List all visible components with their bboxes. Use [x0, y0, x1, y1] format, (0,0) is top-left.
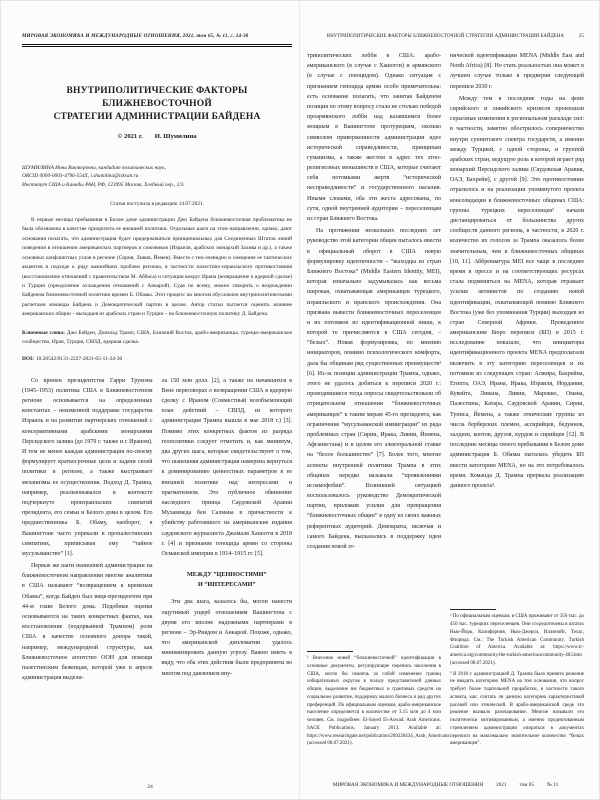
keywords: Ключевые слова:Джо Байден, Дональд Трамп… [22, 329, 292, 348]
paragraph: триполитических лобби в США: арабо-амери… [307, 51, 441, 224]
author-orcid-email: ORCID 0000-0003-4796-554X, i.shumilina@i… [22, 172, 292, 181]
footnote-3: ³ В 2018 г. администрацией Д. Трампа был… [450, 671, 584, 749]
copyright-line: © 2021 г.И. Шумилина [22, 133, 292, 140]
footer-journal-name: МИРОВАЯ ЭКОНОМИКА И МЕЖДУНАРОДНЫЕ ОТНОШЕ… [333, 782, 483, 788]
page-number-24: 24 [1, 784, 299, 790]
header-rule [22, 44, 292, 47]
copyright-author: И. Шумилина [155, 133, 197, 140]
article-title-line2: СТРАТЕГИИ АДМИНИСТРАЦИИ БАЙДЕНА [53, 112, 260, 122]
section-heading-line1: МЕЖДУ “ЦЕННОСТЯМИ” [187, 571, 267, 578]
page-24: МИРОВАЯ ЭКОНОМИКА И МЕЖДУНАРОДНЫЕ ОТНОШЕ… [1, 1, 300, 800]
paragraph: Эти два шага, казалось бы, могли нанести… [162, 597, 293, 679]
paragraph: Между тем в последние годы на фоне сирий… [450, 94, 584, 491]
footnote-1: ¹ Внесение новой “ближневосточной” идент… [307, 655, 441, 748]
page-number-25: 25 [579, 34, 584, 39]
body-columns-p24: Со времен президентства Гарри Трумэна (1… [22, 376, 292, 758]
author-name-degree: ШУМИЛИНА Инна Викторовна, кандидат полит… [22, 164, 292, 173]
body-columns-p25: триполитических лобби в США: арабо-амери… [307, 51, 584, 751]
running-head-article: ВНУТРИПОЛИТИЧЕСКИЕ ФАКТОРЫ БЛИЖНЕВОСТОЧН… [307, 34, 584, 39]
footnote-2: ² По официальным оценкам, в США проживаю… [450, 613, 584, 667]
footer-year: 2021 [496, 782, 506, 788]
column-1: триполитических лобби в США: арабо-амери… [307, 51, 441, 751]
paragraph: На протяжении нескольких последних лет р… [307, 226, 441, 552]
footnotes-col2: ² По официальным оценкам, в США проживаю… [450, 603, 584, 751]
keywords-label: Ключевые слова: [22, 330, 65, 336]
footnote-rule [450, 609, 496, 610]
section-heading-line2: И “ИНТЕРЕСАМИ” [198, 581, 256, 588]
article-title: ВНУТРИПОЛИТИЧЕСКИЕ ФАКТОРЫ БЛИЖНЕВОСТОЧН… [22, 85, 292, 123]
column-2: ла 150 млн долл. [2], а также на начавши… [162, 376, 293, 758]
footnote-rule [307, 651, 353, 652]
doi-label: DOI: [22, 356, 34, 362]
footnotes-col1: ¹ Внесение новой “ближневосточной” идент… [307, 645, 441, 751]
author-block: ШУМИЛИНА Инна Викторовна, кандидат полит… [22, 164, 292, 190]
running-head-journal: МИРОВАЯ ЭКОНОМИКА И МЕЖДУНАРОДНЫЕ ОТНОШЕ… [22, 34, 292, 39]
column-1: Со времен президентства Гарри Трумэна (1… [22, 376, 153, 758]
page-25: ВНУТРИПОЛИТИЧЕСКИЕ ФАКТОРЫ БЛИЖНЕВОСТОЧН… [300, 1, 599, 800]
running-head-text: ВНУТРИПОЛИТИЧЕСКИЕ ФАКТОРЫ БЛИЖНЕВОСТОЧН… [327, 34, 564, 39]
paragraph: нической идентификации MENA (Middle East… [450, 51, 584, 92]
section-heading: МЕЖДУ “ЦЕННОСТЯМИ” И “ИНТЕРЕСАМИ” [162, 570, 293, 589]
doi-value: 10.20542/0131-2227-2021-65-11-24-30 [36, 356, 122, 362]
column-2: нической идентификации MENA (Middle East… [450, 51, 584, 751]
copyright-year: © 2021 г. [117, 133, 142, 140]
article-title-line1: ВНУТРИПОЛИТИЧЕСКИЕ ФАКТОРЫ БЛИЖНЕВОСТОЧН… [66, 86, 247, 109]
doi-line: DOI:10.20542/0131-2227-2021-65-11-24-30 [22, 356, 292, 362]
paragraph: Со времен президентства Гарри Трумэна (1… [22, 376, 153, 559]
paragraph: ла 150 млн долл. [2], а также на начавши… [162, 376, 293, 559]
journal-spread: МИРОВАЯ ЭКОНОМИКА И МЕЖДУНАРОДНЫЕ ОТНОШЕ… [0, 0, 600, 800]
abstract: В первые месяцы пребывания в Белом доме … [22, 216, 292, 320]
paragraph: Первые же шаги нынешней администрации на… [22, 561, 153, 683]
footer-volume: том 65 [519, 782, 533, 788]
author-affiliation: Институт США и Канады РАН, РФ, 123995 Мо… [22, 181, 292, 190]
footer-issue: № 11 [547, 782, 558, 788]
received-date: Статья поступила в редакцию 14.07.2021. [22, 201, 292, 207]
journal-footer: МИРОВАЯ ЭКОНОМИКА И МЕЖДУНАРОДНЫЕ ОТНОШЕ… [307, 782, 584, 788]
